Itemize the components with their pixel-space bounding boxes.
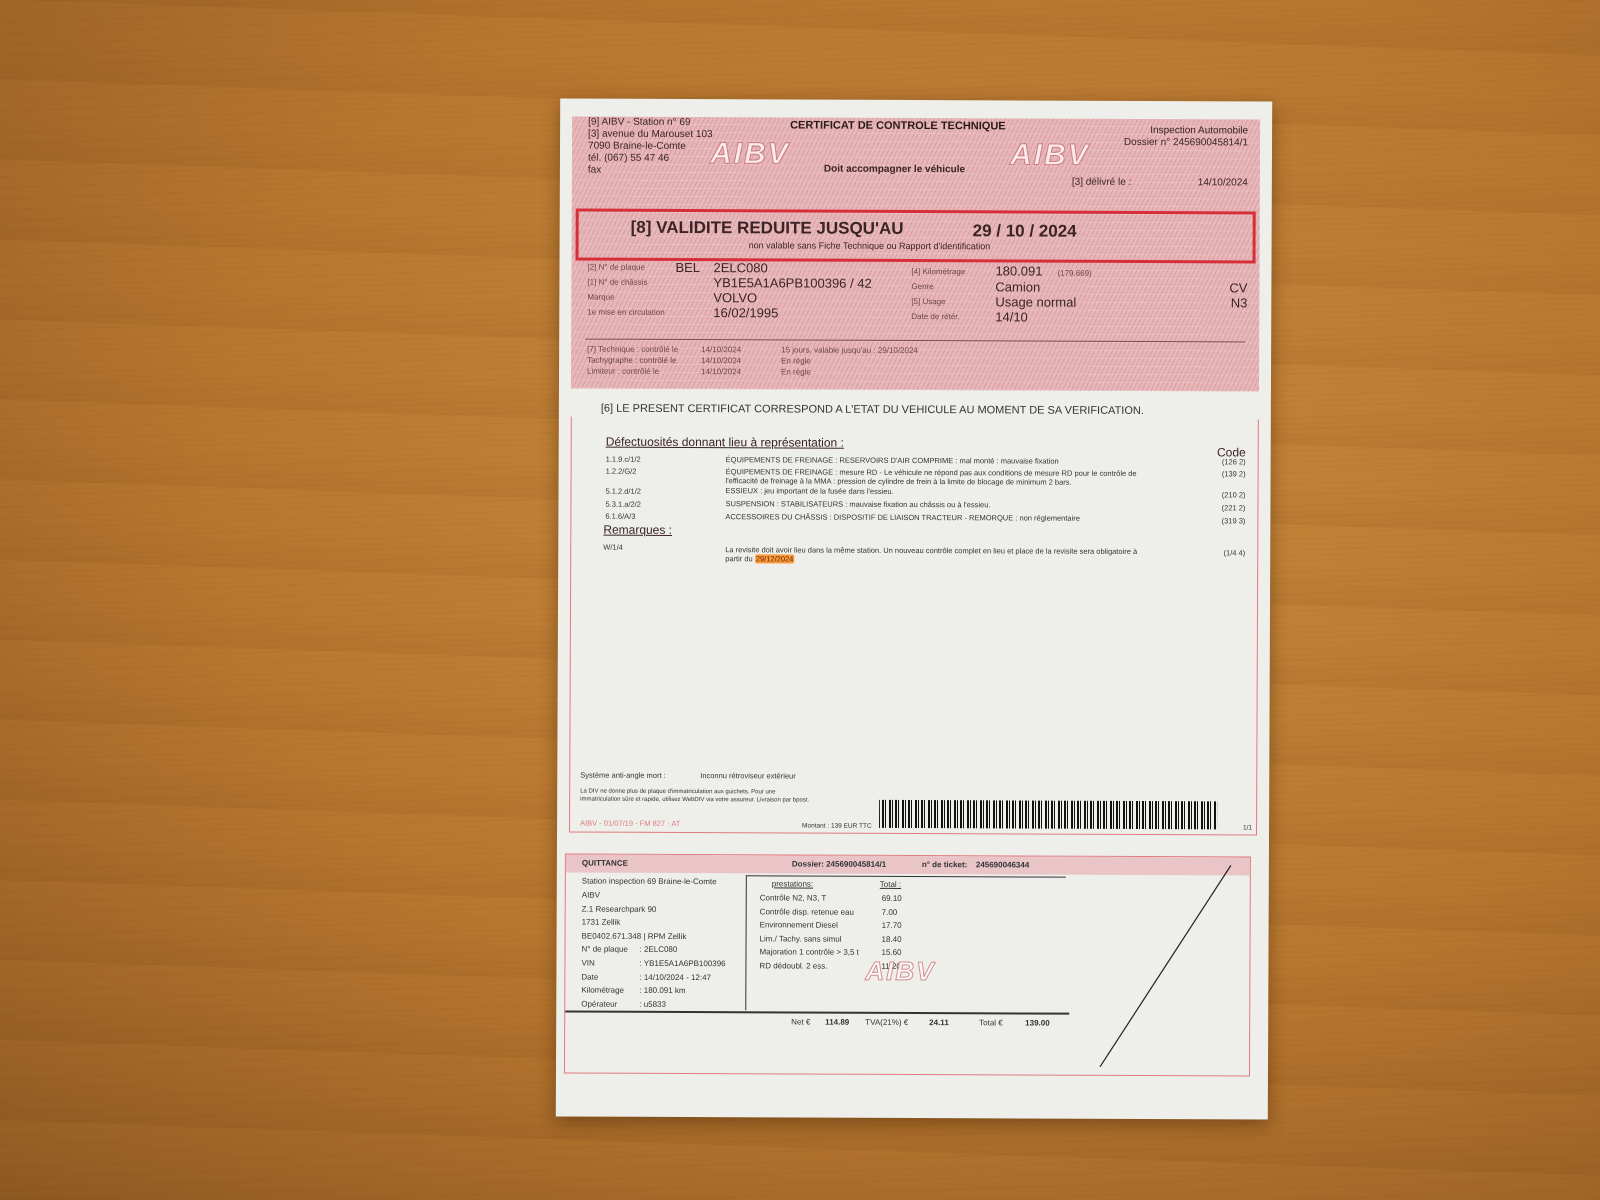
control-date: 14/10/2024 — [701, 356, 741, 365]
station-line: fax — [588, 165, 601, 176]
station-line: tél. (067) 55 47 46 — [588, 153, 669, 164]
control-date: 14/10/2024 — [701, 345, 741, 354]
plate-number: 2ELC080 — [713, 260, 767, 275]
control-status: En règle — [781, 367, 811, 376]
receipt-field-value: : 2ELC080 — [639, 945, 677, 954]
station-line: [3] avenue du Marouset 103 — [588, 129, 713, 141]
cancel-slash — [1095, 861, 1236, 1072]
vin-value: YB1E5A1A6PB100396 — [644, 959, 726, 968]
station-info: AIBV — [582, 891, 600, 900]
vat-label: TVA(21%) € — [865, 1018, 908, 1027]
receipt-dossier: Dossier: 245690045814/1 — [792, 859, 886, 868]
mileage-value: 180.091 km — [644, 986, 686, 995]
total-amount: 139.00 — [1025, 1018, 1050, 1027]
defects-section: Défectuosités donnant lieu à représentat… — [569, 417, 1259, 836]
defects-heading-text: Défectuosités donnant lieu à représentat… — [606, 435, 844, 450]
station-info: 1731 Zellik — [582, 918, 621, 927]
vat-amount: 24.11 — [929, 1018, 949, 1027]
issued-date: 14/10/2024 — [1198, 177, 1248, 188]
total-header: Total : — [880, 880, 901, 889]
total-label: Total € — [979, 1018, 1003, 1027]
defect-text: ESSIEUX : jeu important de la fusée dans… — [725, 486, 893, 496]
highlighted-deadline-date: 29/12/2024 — [755, 554, 795, 563]
services-header: prestations: — [772, 879, 813, 888]
previous-mileage: (179.669) — [1057, 269, 1091, 278]
date-value: 14/10/2024 - 12:47 — [644, 973, 711, 982]
control-date: 14/10/2024 — [701, 367, 741, 376]
defect-text: SUSPENSION : STABILISATEURS : mauvaise f… — [725, 499, 990, 509]
station-info: BE0402.671.348 | RPM Zellik — [582, 932, 687, 941]
vehicle-type: Camion — [995, 279, 1040, 294]
defect-text-cont: l'efficacité de freinage à la MMA : pres… — [726, 476, 1072, 487]
column-divider — [745, 875, 747, 1010]
technical-inspection-certificate: [9] AIBV - Station n° 69 [3] avenue du M… — [556, 98, 1272, 1119]
vehicle-make: VOLVO — [713, 290, 757, 305]
blind-spot-value: Inconnu rétroviseur extérieur — [700, 771, 796, 780]
field-label: [4] Kilométrage — [911, 267, 965, 276]
service-name: Contrôle disp. retenue eau — [760, 907, 854, 916]
service-name: Contrôle N2, N3, T — [760, 893, 827, 902]
plate-prefix: BEL — [675, 260, 700, 275]
certificate-statement: [6] LE PRESENT CERTIFICAT CORRESPOND A L… — [601, 403, 1144, 417]
mileage: 180.091 — [995, 263, 1042, 278]
chassis-number: YB1E5A1A6PB100396 / 42 — [713, 275, 871, 291]
defect-code: (139 2) — [1222, 469, 1246, 478]
service-amount: 69.10 — [882, 894, 902, 903]
remark-text-cont: partir du 29/12/2024 — [725, 554, 794, 563]
defect-code: (319 3) — [1222, 516, 1246, 525]
station-line: [9] AIBV - Station n° 69 — [588, 117, 690, 128]
field-label: Genre — [911, 282, 933, 291]
receipt-field-label: Opérateur — [581, 1000, 617, 1009]
net-amount: 114.89 — [825, 1018, 849, 1027]
control-status: 15 jours, valable jusqu'au : 29/10/2024 — [781, 345, 918, 355]
receipt: QUITTANCE Dossier: 245690045814/1 n° de … — [564, 853, 1251, 1076]
receipt-field-label: VIN — [581, 959, 594, 968]
remark-prefix: partir du — [725, 554, 753, 563]
aibv-logo: AIBV — [865, 956, 935, 987]
service-amount: 17.70 — [882, 921, 902, 930]
defect-ref: 5.1.2.d/1/2 — [605, 487, 640, 496]
receipt-field-value: : 180.091 km — [639, 986, 685, 995]
ticket-label: n° de ticket: — [922, 860, 967, 869]
service-amount: 18.40 — [882, 935, 902, 944]
barcode — [879, 800, 1217, 829]
station-line: 7090 Braine-le-Comte — [588, 141, 686, 152]
service-name: Majoration 1 contrôle > 3,5 t — [759, 948, 858, 957]
amount-note: Montant : 139 EUR TTC — [802, 823, 872, 830]
net-label: Net € — [791, 1017, 810, 1026]
validity-note: non valable sans Fiche Technique ou Rapp… — [749, 240, 991, 251]
receipt-field-label: Date — [581, 973, 598, 982]
remarks-heading-text: Remarques : — [603, 523, 672, 537]
receipt-title: QUITTANCE — [582, 859, 628, 868]
field-label: [2] N° de plaque — [587, 263, 645, 272]
certificate-title: CERTIFICAT DE CONTROLE TECHNIQUE — [790, 119, 1006, 132]
defect-ref: 1.2.2/G/2 — [606, 467, 637, 476]
operator-value: u5833 — [644, 1000, 666, 1009]
defect-code: (221 2) — [1222, 503, 1246, 512]
field-label: 1e mise en circulation — [587, 308, 664, 317]
remark-ref: W/1/4 — [603, 543, 623, 552]
receipt-field-label: Kilométrage — [581, 986, 624, 995]
reference-date: 14/10 — [995, 309, 1028, 324]
accompany-note: Doit accompagner le véhicule — [824, 164, 965, 176]
certificate-header: [9] AIBV - Station n° 69 [3] avenue du M… — [571, 117, 1260, 392]
receipt-field-value: : YB1E5A1A6PB100396 — [639, 959, 725, 968]
first-registration: 16/02/1995 — [713, 305, 778, 320]
plate-value: 2ELC080 — [644, 945, 677, 954]
defect-text: ACCESSOIRES DU CHÂSSIS : DISPOSITIF DE L… — [725, 512, 1080, 523]
defects-heading: Défectuosités donnant lieu à représentat… — [606, 435, 844, 450]
dossier-number: Dossier n° 245690045814/1 — [1124, 137, 1248, 149]
validity-date: 29 / 10 / 2024 — [973, 221, 1077, 241]
station-info: Station inspection 69 Braine-le-Comte — [582, 877, 717, 887]
receipt-field-label: N° de plaque — [581, 945, 627, 954]
defect-ref: 1.1.9.c/1/2 — [606, 455, 641, 464]
page-number: 1/1 — [1243, 824, 1252, 831]
totals-divider — [565, 1010, 1069, 1014]
div-note: La DIV ne donne plus de plaque d'immatri… — [580, 789, 775, 796]
usage: Usage normal — [995, 294, 1076, 309]
service-name: Lim./ Tachy. sans simul — [760, 934, 842, 943]
remarks-heading: Remarques : — [603, 523, 672, 537]
defect-ref: 6.1.6/A/3 — [605, 512, 635, 521]
receipt-field-value: : 14/10/2024 - 12:47 — [639, 973, 711, 982]
aibv-logo: AIBV — [1010, 138, 1090, 172]
control-label: Limiteur : contrôlé le — [587, 367, 659, 376]
receipt-field-value: : u5833 — [639, 1000, 666, 1009]
blind-spot-label: Système anti-angle mort : — [580, 771, 665, 780]
field-label: Marque — [587, 293, 614, 302]
service-name: RD dédoubl. 2 ess. — [759, 961, 827, 970]
form-reference: AIBV - 01/07/19 - FM 827 - AT — [580, 819, 680, 828]
usage-code: N3 — [1231, 295, 1248, 310]
station-info: Z.1 Researchpark 90 — [582, 905, 657, 914]
ticket-number: 245690046344 — [976, 860, 1029, 869]
divider — [585, 339, 1245, 343]
defect-ref: 5.3.1.a/2/2 — [605, 500, 640, 509]
service-name: Environnement Diesel — [760, 921, 838, 930]
validity-box: [8] VALIDITE REDUITE JUSQU'AU 29 / 10 / … — [576, 209, 1256, 264]
defect-text: ÉQUIPEMENTS DE FREINAGE : RESERVOIRS D'A… — [726, 455, 1059, 465]
validity-label: [8] VALIDITE REDUITE JUSQU'AU — [631, 218, 904, 239]
issued-label: [3] délivré le : — [1072, 177, 1132, 188]
field-label: Date de rétér. — [911, 312, 960, 321]
field-label: [1] N° de châssis — [587, 278, 647, 287]
control-label: [7] Technique : contrôlé le — [587, 345, 678, 354]
div-note: immatriculation sûre et rapide, utilisez… — [580, 797, 809, 804]
defect-code: (126 2) — [1222, 457, 1246, 466]
service-amount: 7.00 — [882, 907, 898, 916]
type-code: CV — [1229, 280, 1247, 295]
remark-code: (1/4 4) — [1224, 548, 1246, 557]
aibv-logo: AIBV — [710, 137, 790, 171]
field-label: [5] Usage — [911, 297, 945, 306]
column-divider — [746, 875, 1066, 877]
control-label: Tachygraphe : contrôlé le — [587, 356, 676, 365]
control-status: En règle — [781, 356, 811, 365]
org-name: Inspection Automobile — [1150, 125, 1248, 136]
defect-code: (210 2) — [1222, 490, 1246, 499]
